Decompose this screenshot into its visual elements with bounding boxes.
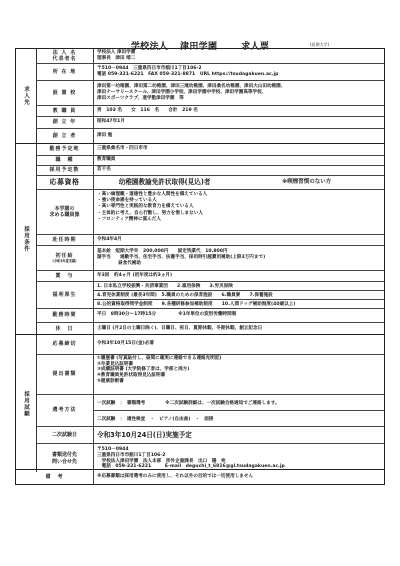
row-qualification: 応募資格 幼稚園教諭免許状取得(見込)者※喫煙習慣のない方 <box>36 175 384 189</box>
row-corp: 法 人 名代表者名 学校法人 津田学園理事長 津田 靖二 <box>36 49 384 63</box>
list-item: ・フロンティア精神に富んだ人 <box>97 217 381 223</box>
row-ideal-staff: 本学園の求める職員像 ・高い倫理観・道徳性と豊かな人間性を備えている人 ・強い使… <box>36 189 384 234</box>
list-item: 4.育児休業制度 (最長3年間) 5.職員のための保育施設 6.職員寮 7.保養… <box>94 290 384 299</box>
row-hours: 勤務時間 平日 8時30分～17時15分※1年単位の変形労働時間制 <box>36 308 384 322</box>
section-conditions: 採用条件 勤務予定地 三重県桑名市・四日市市 職 種 教育職員 採用予定数 若干… <box>16 143 384 334</box>
row-founder: 創 立 者 津田 勉 <box>36 128 384 143</box>
row-job: 職 種 教育職員 <box>36 155 384 165</box>
list-item: 8.公的資格取得奨学金制度 9.各種研修参加補助制度 10.人間ドッグ補助制度(… <box>94 299 384 308</box>
row-staff: 教 職 員 男 103 名 女 116 名 合計 219 名 <box>36 105 384 116</box>
section-label-conditions: 採用条件 <box>22 226 30 252</box>
row-start: 赴任時期 令和4年4月 <box>36 234 384 245</box>
contact-phone-url: 電話 059-321-6221 FAX 059-321-8871 URL htt… <box>97 72 381 78</box>
remarks-value: ※応募書類は採用選考のみに使用し、それ以外の目的では一切使用しません <box>94 470 384 484</box>
section-employer: 求人先 法 人 名代表者名 学校法人 津田学園理事長 津田 靖二 所 在 地 〒… <box>16 49 384 143</box>
row-welfare: 福利厚生 1. 日本私立学校振興・共済事業団 2.雇用保険 3.労災保険 4.育… <box>36 281 384 308</box>
row-second-exam: 二次試験日 令和3年10月24日(日)実施予定 <box>36 426 384 443</box>
row-deadline: 応募締切 令和3年10月15日(金)必着 <box>36 335 384 354</box>
row-remarks: 備 考 ※応募書類は採用選考のみに使用し、それ以外の目的では一切使用しません <box>16 469 384 484</box>
section-exam: 採用試験 応募締切 令和3年10月15日(金)必着 提出書類 ①履歴書 (写真貼… <box>16 334 384 472</box>
representative: 理事長 津田 靖二 <box>97 56 381 62</box>
row-salary: 初任給(令和3年度実績) 基本給 短期大学卒 200,000円 固定残業代 10… <box>36 245 384 270</box>
row-schools: 設 置 校 津田第一幼稚園、津田第二幼稚園、津田三滝幼稚園、津田桑名幼稚園、津田… <box>36 80 384 105</box>
deadline-value: 令和3年10月15日(金)必着 <box>94 335 384 354</box>
row-documents: 提出書類 ①履歴書 (写真貼付し、昼間に確実に連絡できる連絡先明記) ②卒業見込… <box>36 354 384 394</box>
row-location: 勤務予定地 三重県桑名市・四日市市 <box>36 144 384 155</box>
section-label-exam: 採用試験 <box>22 391 30 417</box>
section-label-employer: 求人先 <box>22 86 30 106</box>
row-address: 所 在 地 〒510－0944 三重県四日市市舘川1丁目106-2電話 059-… <box>36 63 384 80</box>
row-bonus: 賞 与 年3回 約4ヵ月 (初年度は約3ヵ月) <box>36 270 384 281</box>
job-posting-table: 求人先 法 人 名代表者名 学校法人 津田学園理事長 津田 靖二 所 在 地 〒… <box>15 48 385 485</box>
list-item: ⑤健康診断書 <box>97 379 381 385</box>
list-item: 1. 日本私立学校振興・共済事業団 2.雇用保険 3.労災保険 <box>94 282 384 290</box>
row-method: 選考方法 一次試験 ： 書類選考※二次試験詳細は、一次試験合格通知でご連絡します… <box>36 394 384 426</box>
row-founded: 創 立 年 昭和47年1月 <box>36 116 384 128</box>
second-exam-date: 令和3年10月24日(日)実施予定 <box>94 427 384 443</box>
row-count: 採用予定数 若干名 <box>36 165 384 175</box>
